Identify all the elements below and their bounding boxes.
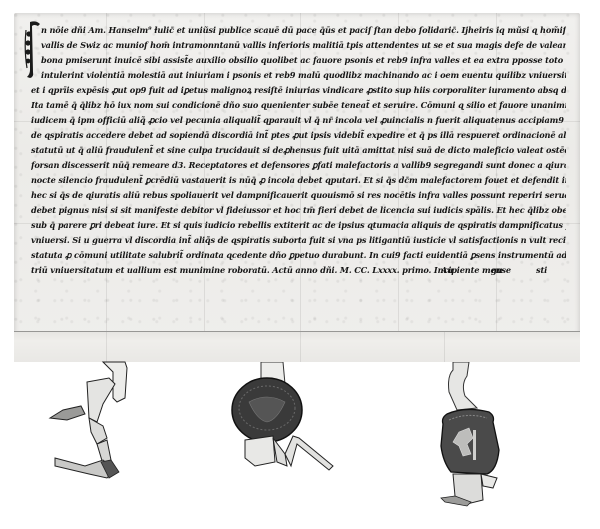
charter-text: n nōie dñi Am. Hanselm⁹ ɫulic̄ et uniũsi… xyxy=(41,23,566,278)
fold-crease xyxy=(444,332,445,362)
text-line: vallis de Swiz ac muniof hom̄ intramonnt… xyxy=(41,38,566,54)
text-line: nocte silencio fraudulent̃ ꝑcrēdiū vasta… xyxy=(31,173,566,189)
plica-fold xyxy=(14,331,580,362)
charter-parchment: n nōie dñi Am. Hanselm⁹ ɫulic̄ et uniũsi… xyxy=(14,13,580,362)
signature-fragment: gu xyxy=(491,263,502,279)
text-line: n nōie dñi Am. Hanselm⁹ ɫulic̄ et uniũsi… xyxy=(41,23,566,39)
text-line: vniuersi. Si u guerra vl discordia int̃ … xyxy=(31,233,566,249)
text-line: sub q̄ parere ꝑri debeat iure. Et si qui… xyxy=(31,218,566,234)
text-line: Ita tamē q̄ q̄libz hō iux nom sui condic… xyxy=(31,98,566,114)
fold-crease xyxy=(300,332,301,362)
text-line: de ɋspiratis accedere debet ad sopiendā … xyxy=(31,128,566,144)
signature-fragment: sti xyxy=(536,263,547,279)
text-line: statuta ꝓ cōmuni utilitate salubrit̃ ord… xyxy=(31,248,566,264)
seal-right-shield xyxy=(437,362,517,507)
fold-crease xyxy=(106,332,107,362)
text-line: intulerint violentiā molestiā aut iniuri… xyxy=(41,68,566,84)
text-line: statutū ut q̄ aliū fraudulent̃ et sine c… xyxy=(31,143,566,159)
text-line: debet pignus nisi si sit manifeste debit… xyxy=(31,203,566,219)
text-line: bona pmiserunt inuicē sibi assist̃e auxi… xyxy=(41,53,566,69)
seal-center-round xyxy=(225,362,345,477)
text-line: hec si q̄s de ɋiuratis aliū rebus spolia… xyxy=(31,188,566,204)
signature-fragment: Au xyxy=(441,263,453,279)
dating-clause: triū vniuersitatum et uallium est munimi… xyxy=(31,263,511,279)
text-line: iudicem q̄ ipm officiū aliq̃ ꝓcio vel pe… xyxy=(31,113,566,129)
text-line: et i ɋprīis expēsis ꝓut op9 fuit ad iꝑet… xyxy=(31,83,566,99)
text-line-final: triū vniuersitatum et uallium est munimi… xyxy=(31,263,566,279)
decorated-initial-letter xyxy=(24,20,42,80)
seal-tag-left xyxy=(45,360,135,485)
text-line: forsan discesserit nūq̄ remeare d3. Rece… xyxy=(31,158,566,174)
